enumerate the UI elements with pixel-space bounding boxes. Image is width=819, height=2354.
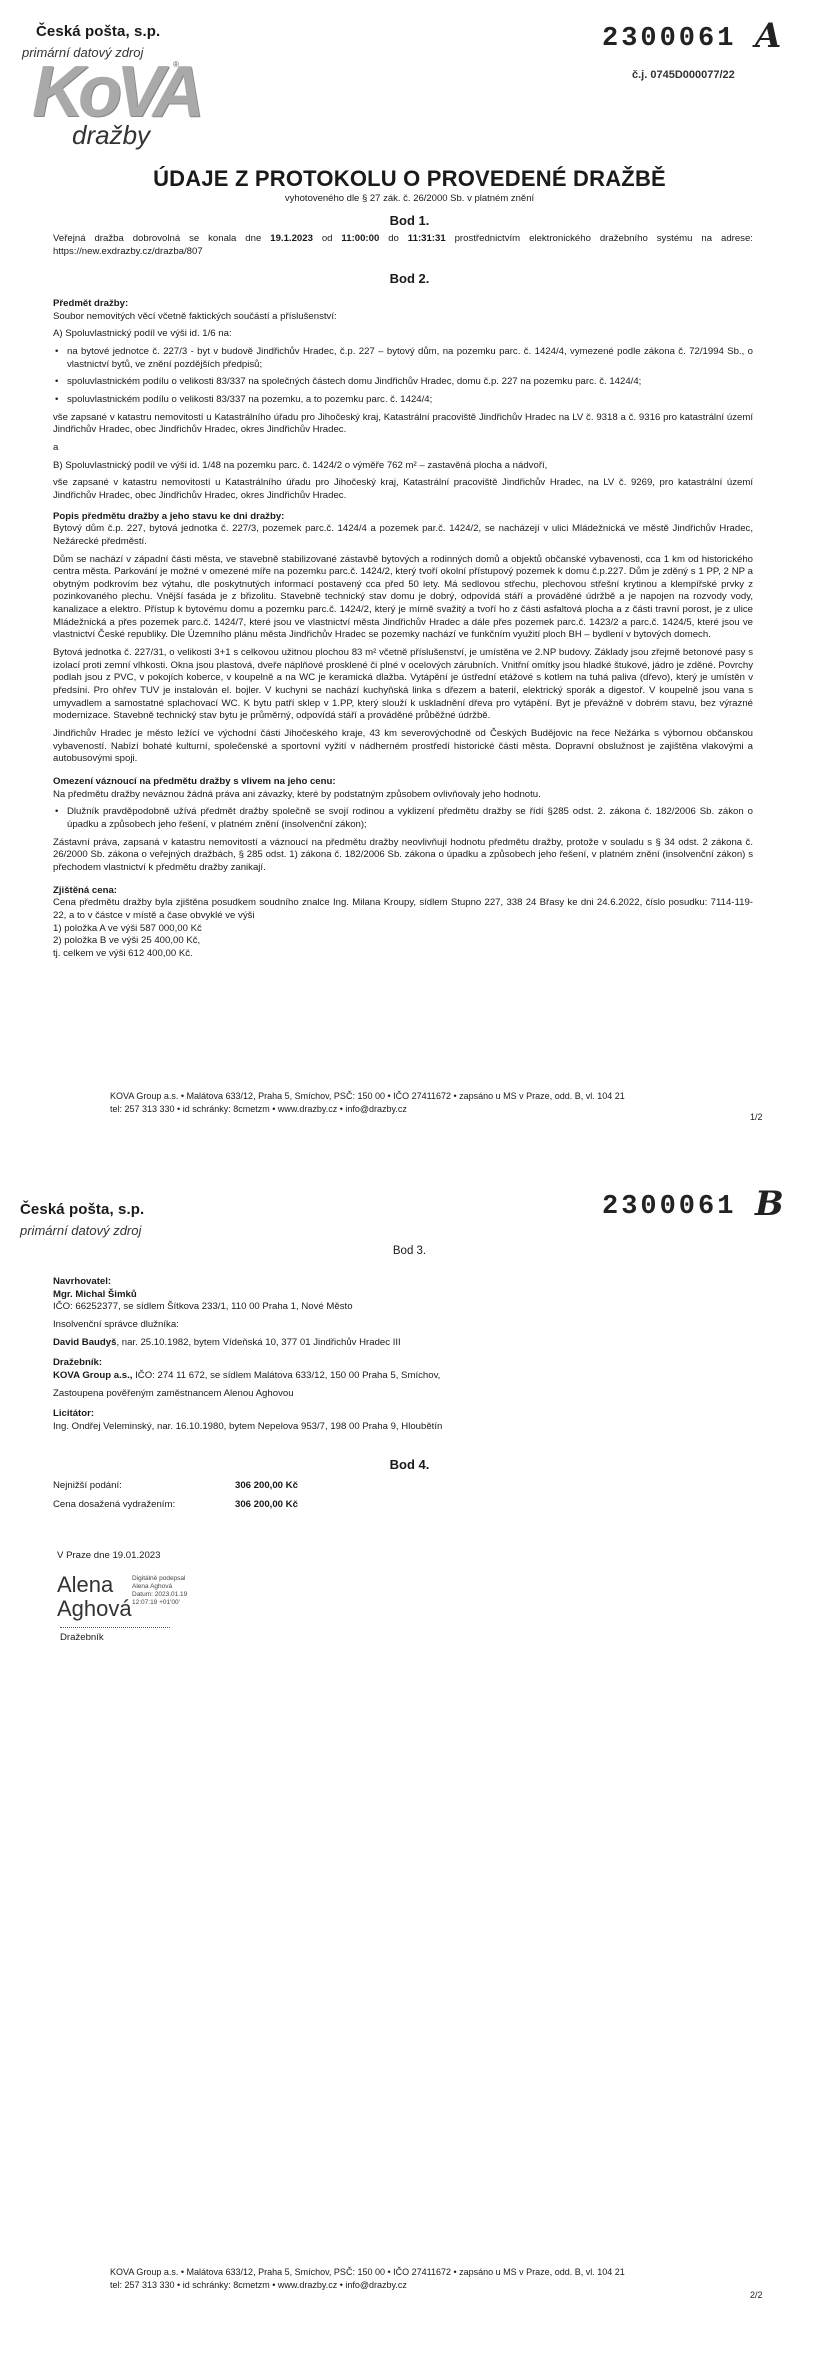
auctioneer-label: Dražebník:	[53, 1357, 753, 1370]
description-paragraph: Bytový dům č.p. 227, bytová jednotka č. …	[53, 523, 753, 548]
logo-subtitle: dražby	[72, 122, 150, 148]
footer: KOVA Group a.s. • Malátova 633/12, Praha…	[110, 1090, 670, 1115]
bod4-heading: Bod 4.	[0, 1456, 819, 1473]
proposer-name: Mgr. Michal Šimků	[53, 1289, 753, 1302]
auctioneer-rep: Zastoupena pověřeným zaměstnancem Alenou…	[53, 1388, 753, 1401]
proposer-label: Navrhovatel:	[53, 1276, 753, 1289]
time-from: 11:00:00	[341, 233, 379, 244]
signature-last-name: Aghová	[57, 1597, 132, 1620]
document-number: 2300061	[602, 22, 736, 58]
bod3-heading: Bod 3.	[0, 1244, 819, 1259]
time-to: 11:31:31	[408, 233, 446, 244]
signature-line	[60, 1625, 170, 1628]
part-a-bullet: spoluvlastnickém podílu o velikosti 83/3…	[53, 376, 753, 389]
encumbrance-heading: Omezení váznoucí na předmětu dražby s vl…	[53, 776, 753, 789]
row-value: 306 200,00 Kč	[235, 1480, 298, 1493]
document-number: 2300061	[602, 1190, 736, 1226]
description-paragraph: Jindřichův Hradec je město ležící ve výc…	[53, 728, 753, 766]
document-letter: A	[755, 14, 781, 59]
page-1: Česká pošta, s.p. primární datový zdroj …	[0, 0, 819, 1180]
description-paragraph: Bytová jednotka č. 227/31, o velikosti 3…	[53, 647, 753, 723]
licitator-label: Licitátor:	[53, 1408, 753, 1421]
reference-number: č.j. 0745D000077/22	[632, 68, 735, 83]
footer-line-2: tel: 257 313 330 • id schránky: 8cmetzm …	[110, 1103, 670, 1116]
signature-role: Dražebník	[60, 1632, 104, 1645]
sender-name: Česká pošta, s.p.	[20, 1200, 144, 1220]
auction-date: 19.1.2023	[270, 233, 313, 244]
auctioneer-name: KOVA Group a.s.,	[53, 1370, 132, 1381]
licitator-details: Ing. Ondřej Veleminský, nar. 16.10.1980,…	[53, 1421, 753, 1434]
price-line: 1) položka A ve výši 587 000,00 Kč	[53, 923, 753, 936]
subject-heading: Předmět dražby:	[53, 298, 753, 311]
description-heading: Popis předmětu dražby a jeho stavu ke dn…	[53, 511, 753, 524]
encumbrance-intro: Na předmětu dražby neváznou žádná práva …	[53, 789, 753, 802]
bod2-body: Předmět dražby: Soubor nemovitých věcí v…	[53, 298, 753, 961]
debtor-details: , nar. 25.10.1982, bytem Vídeňská 10, 37…	[116, 1337, 400, 1348]
row-label: Cena dosažená vydražením:	[53, 1499, 235, 1512]
bod2-heading: Bod 2.	[0, 270, 819, 287]
footer-line-1: KOVA Group a.s. • Malátova 633/12, Praha…	[110, 2266, 670, 2279]
price-text: Cena předmětu dražby byla zjištěna posud…	[53, 897, 753, 922]
signature-first-name: Alena	[57, 1573, 113, 1596]
encumbrance-bullet: Dlužník pravděpodobně užívá předmět draž…	[53, 806, 753, 831]
row-value: 306 200,00 Kč	[235, 1499, 298, 1512]
source-label: primární datový zdroj	[20, 1222, 141, 1239]
conjunction: a	[53, 442, 753, 455]
part-b-registry: vše zapsané v katastru nemovitostí u Kat…	[53, 477, 753, 502]
price-heading: Zjištěná cena:	[53, 885, 753, 898]
debtor-name: David Baudyš	[53, 1337, 116, 1348]
price-line: tj. celkem ve výši 612 400,00 Kč.	[53, 948, 753, 961]
registered-mark: ®	[173, 60, 179, 71]
part-a-intro: A) Spoluvlastnický podíl ve výši id. 1/6…	[53, 328, 753, 341]
row-label: Nejnižší podání:	[53, 1480, 235, 1493]
auctioneer: KOVA Group a.s., IČO: 274 11 672, se síd…	[53, 1370, 753, 1383]
bod1-text-pre: Veřejná dražba dobrovolná se konala dne	[53, 233, 270, 244]
proposer-details: IČO: 66252377, se sídlem Šítkova 233/1, …	[53, 1301, 753, 1314]
digital-signature: Alena Aghová Digitálně podepsal Alena Ag…	[57, 1573, 257, 1633]
document-subtitle: vyhotoveného dle § 27 zák. č. 26/2000 Sb…	[0, 193, 819, 206]
footer-line-1: KOVA Group a.s. • Malátova 633/12, Praha…	[110, 1090, 670, 1103]
page-number: 2/2	[750, 2290, 763, 2302]
document-letter: B	[755, 1182, 784, 1227]
debtor: David Baudyš, nar. 25.10.1982, bytem Víd…	[53, 1337, 753, 1350]
footer-line-2: tel: 257 313 330 • id schránky: 8cmetzm …	[110, 2279, 670, 2292]
bod1-heading: Bod 1.	[0, 212, 819, 229]
price-line: 2) položka B ve výši 25 400,00 Kč,	[53, 935, 753, 948]
proposer-role: Insolvenční správce dlužníka:	[53, 1319, 753, 1332]
part-a-bullet: na bytové jednotce č. 227/3 - byt v budo…	[53, 346, 753, 371]
sender-name: Česká pošta, s.p.	[36, 22, 160, 42]
signature-note-line: Digitálně podepsal	[132, 1575, 187, 1583]
bod3-body: Navrhovatel: Mgr. Michal Šimků IČO: 6625…	[53, 1276, 753, 1434]
place-date: V Praze dne 19.01.2023	[57, 1550, 160, 1563]
description-paragraph: Dům se nachází v západní části města, ve…	[53, 554, 753, 643]
part-a-bullet: spoluvlastnickém podílu o velikosti 83/3…	[53, 394, 753, 407]
bod1-text-mid1: od	[313, 233, 342, 244]
signature-note-line: Datum: 2023.01.19	[132, 1591, 187, 1599]
footer: KOVA Group a.s. • Malátova 633/12, Praha…	[110, 2266, 670, 2291]
auctioneer-details: IČO: 274 11 672, se sídlem Malátova 633/…	[132, 1370, 440, 1381]
signature-note: Digitálně podepsal Alena Aghová Datum: 2…	[132, 1575, 187, 1608]
part-b: B) Spoluvlastnický podíl ve výši id. 1/4…	[53, 460, 753, 473]
part-a-registry: vše zapsané v katastru nemovitostí u Kat…	[53, 412, 753, 437]
encumbrance-text: Zástavní práva, zapsaná v katastru nemov…	[53, 837, 753, 875]
signature-note-line: 12:07:19 +01'00'	[132, 1599, 187, 1607]
subject-intro: Soubor nemovitých věcí včetně faktických…	[53, 311, 753, 324]
document-title: ÚDAJE Z PROTOKOLU O PROVEDENÉ DRAŽBĚ	[0, 164, 819, 193]
signature-note-line: Alena Aghová	[132, 1583, 187, 1591]
page-2: Česká pošta, s.p. primární datový zdroj …	[0, 1180, 819, 2354]
page-number: 1/2	[750, 1112, 763, 1124]
bod4-row: Nejnižší podání: 306 200,00 Kč	[53, 1480, 753, 1493]
bod1-text: Veřejná dražba dobrovolná se konala dne …	[53, 233, 753, 258]
bod1-text-mid2: do	[379, 233, 408, 244]
bod4-table: Nejnižší podání: 306 200,00 Kč Cena dosa…	[53, 1480, 753, 1511]
bod4-row: Cena dosažená vydražením: 306 200,00 Kč	[53, 1499, 753, 1512]
